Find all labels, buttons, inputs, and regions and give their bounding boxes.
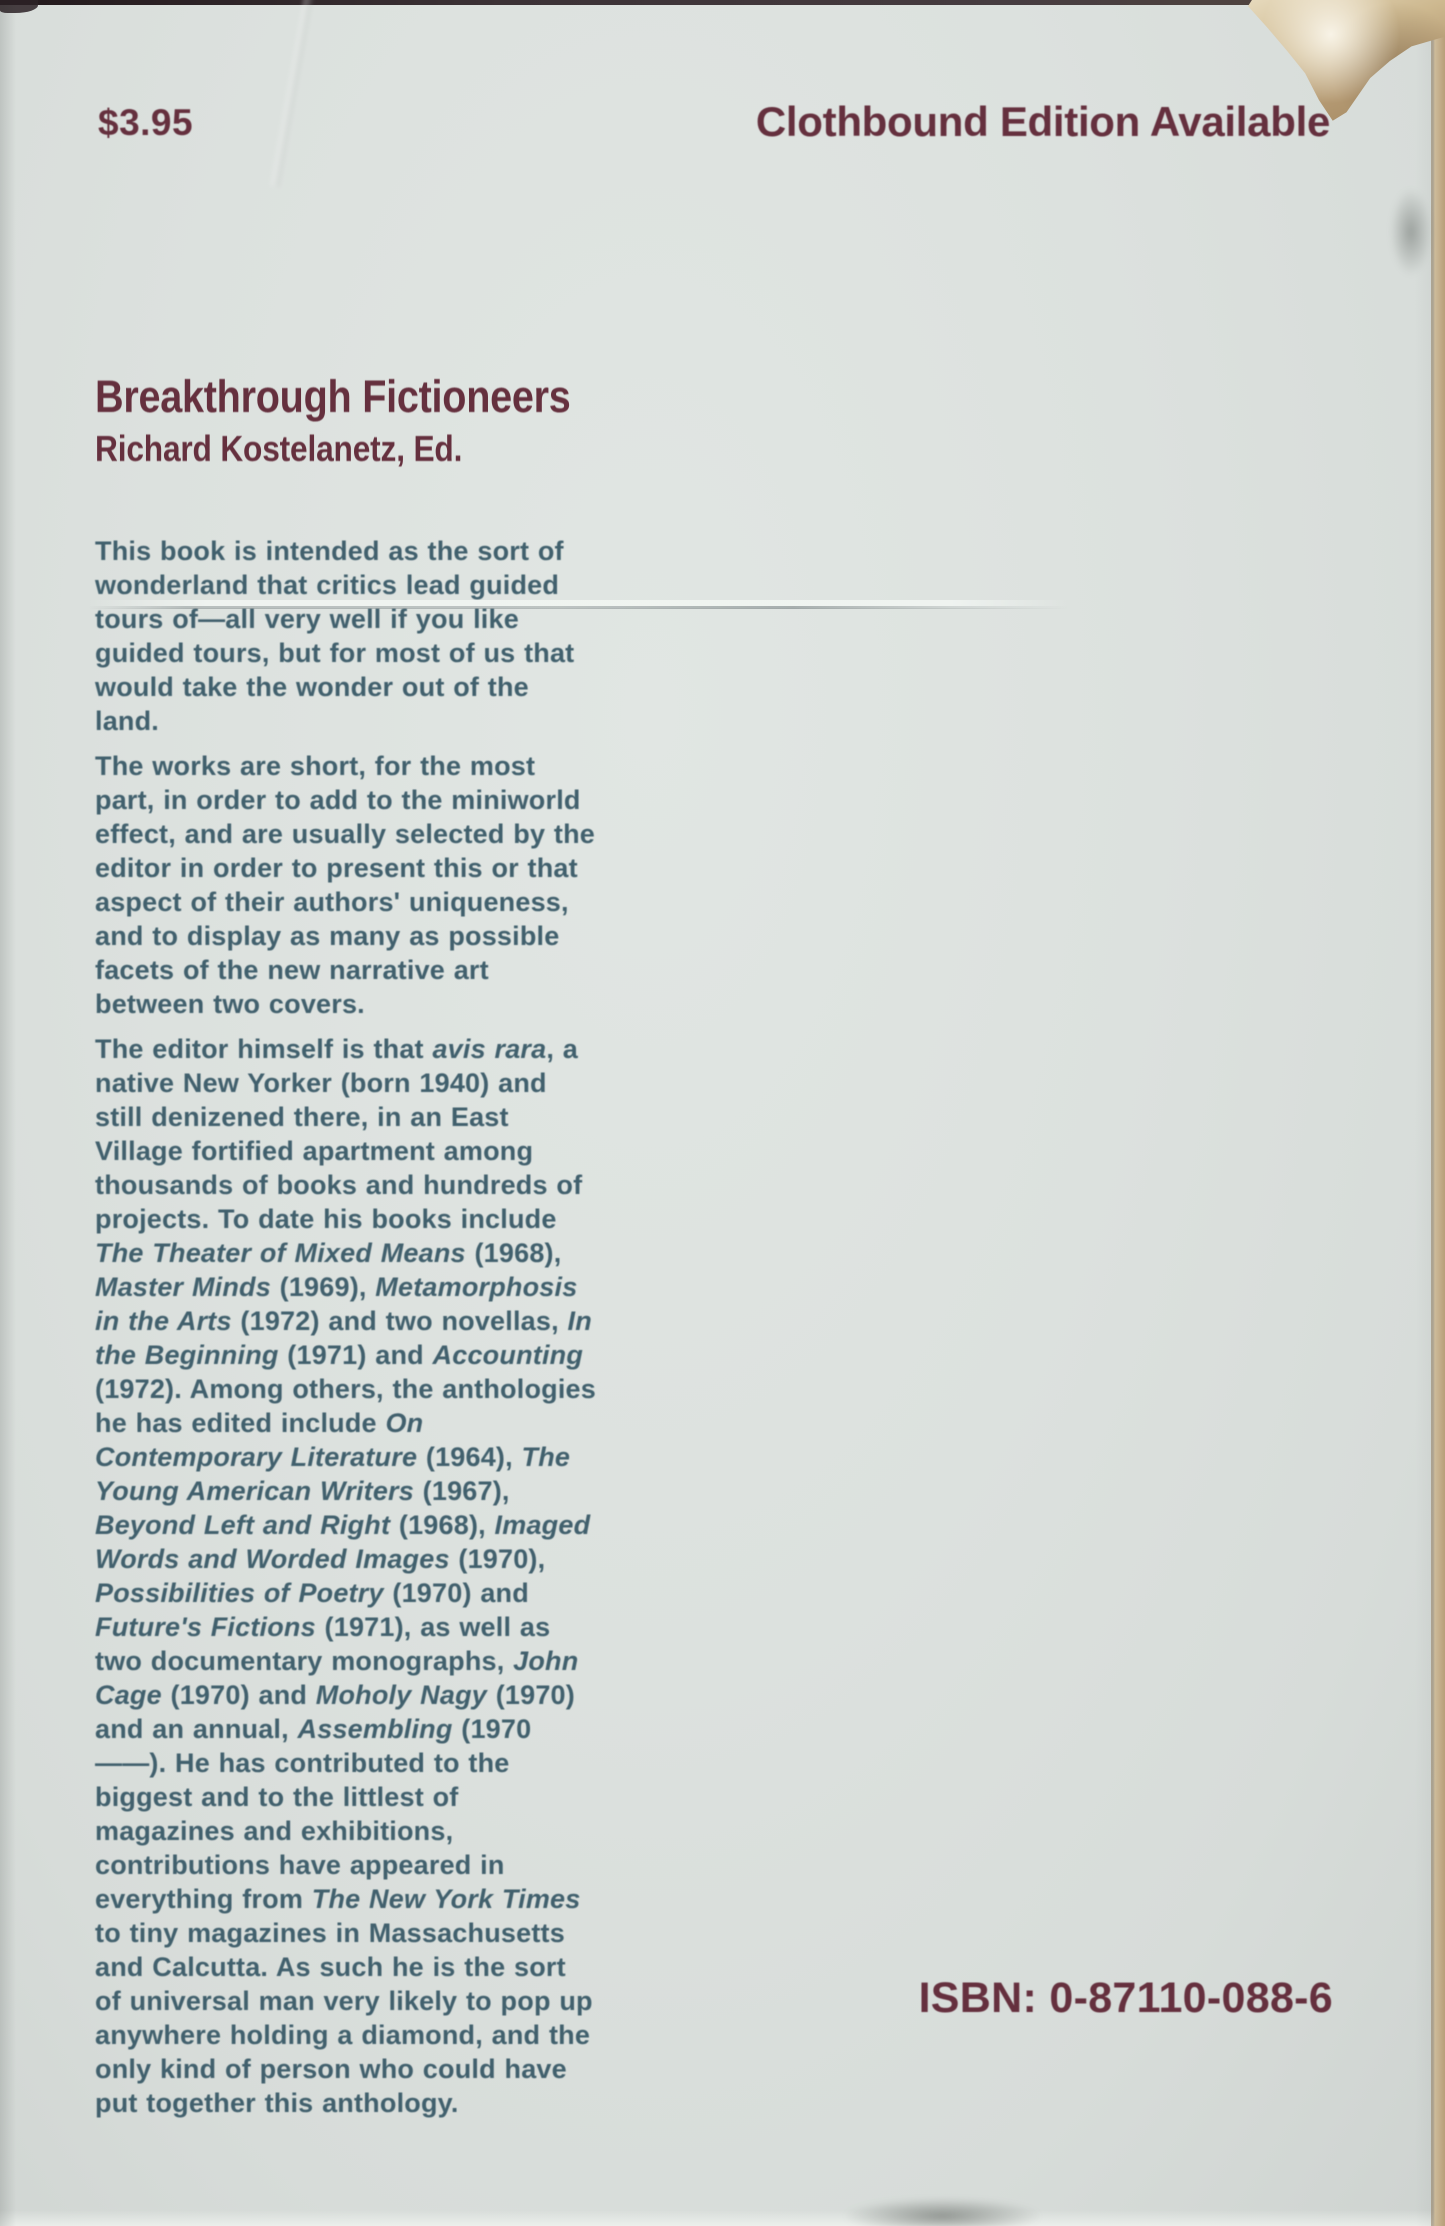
- description-text: This book is intended as the sort of won…: [95, 534, 600, 2131]
- smudge-mark-bottom: [845, 2198, 1040, 2226]
- smudge-mark: [1390, 188, 1432, 276]
- clothbound-edition-note: Clothbound Edition Available: [756, 98, 1330, 146]
- book-title: Breakthrough Fictioneers: [95, 372, 571, 422]
- body-paragraph: The editor himself is that avis rara, a …: [95, 1032, 600, 2120]
- isbn-label: ISBN: 0-87110-088-6: [919, 1974, 1333, 2023]
- book-right-page-edge: [1431, 0, 1445, 2226]
- price-label: $3.95: [98, 102, 193, 144]
- paper-crease: [271, 0, 315, 187]
- top-left-edge-nick: [0, 0, 38, 13]
- body-paragraph: The works are short, for the most part, …: [95, 749, 600, 1021]
- body-paragraph: This book is intended as the sort of won…: [95, 534, 600, 738]
- title-block: Breakthrough Fictioneers Richard Kostela…: [95, 372, 571, 470]
- book-editor: Richard Kostelanetz, Ed.: [95, 428, 571, 470]
- book-back-cover: $3.95 Clothbound Edition Available Break…: [0, 0, 1445, 2226]
- book-top-edge: [0, 0, 1445, 5]
